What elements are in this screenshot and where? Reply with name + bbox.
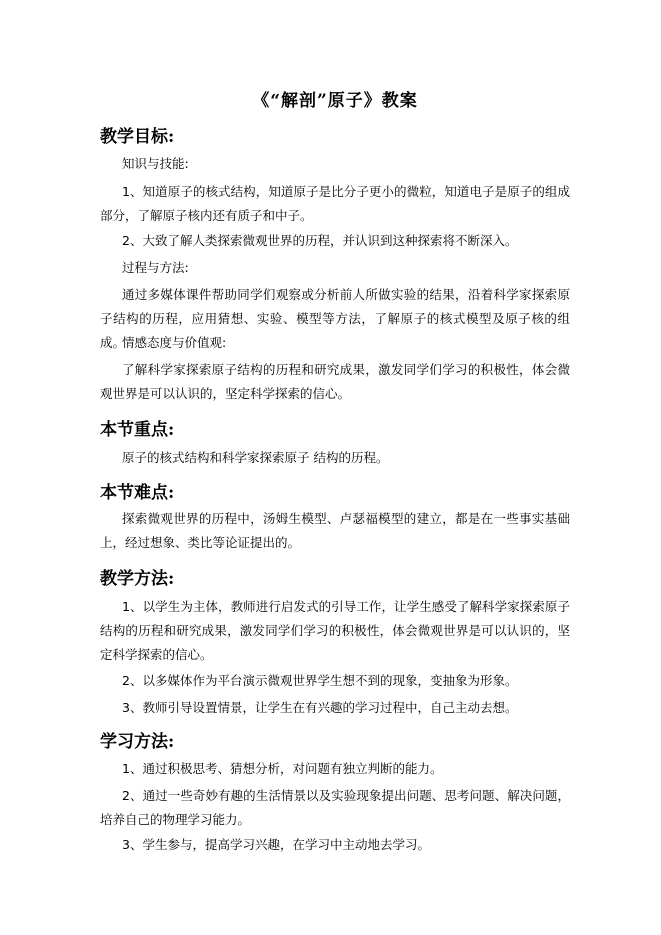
heading-learning-methods: 学习方法: bbox=[100, 727, 174, 752]
paragraph-emotion: 了解科学家探索原子结构的历程和研究成果，激发同学们学习的积极性，体会微观世界是可… bbox=[100, 358, 570, 406]
paragraph-difficulties: 探索微观世界的历程中，汤姆生模型、卢瑟福模型的建立，都是在一些事实基础上，经过想… bbox=[100, 507, 570, 555]
learning-method-3: 3、学生参与，提高学习兴趣，在学习中主动地去学习。 bbox=[100, 833, 570, 857]
heading-teaching-methods: 教学方法: bbox=[100, 564, 174, 589]
label-process: 过程与方法: bbox=[100, 256, 570, 280]
learning-method-2: 2、通过一些奇妙有趣的生活情景以及实验现象提出问题、思考问题、解决问题，培养自己… bbox=[100, 784, 570, 832]
teaching-method-1: 1、以学生为主体，教师进行启发式的引导工作，让学生感受了解科学家探索原子结构的历… bbox=[100, 595, 570, 667]
label-emotion: 情感态度与价值观: bbox=[100, 331, 570, 355]
heading-difficulties: 本节难点: bbox=[100, 478, 174, 503]
paragraph-knowledge-1: 1、知道原子的核式结构，知道原子是比分子更小的微粒，知道电子是原子的组成部分，了… bbox=[100, 180, 570, 228]
paragraph-key-points: 原子的核式结构和科学家探索原子 结构的历程。 bbox=[100, 446, 570, 470]
teaching-method-2: 2、以多媒体作为平台演示微观世界学生想不到的现象，变抽象为形象。 bbox=[100, 669, 570, 693]
teaching-method-3: 3、教师引导设置情景，让学生在有兴趣的学习过程中，自己主动去想。 bbox=[100, 696, 570, 720]
learning-method-1: 1、通过积极思考、猜想分析，对问题有独立判断的能力。 bbox=[100, 757, 570, 781]
heading-objectives: 教学目标: bbox=[100, 122, 174, 147]
heading-key-points: 本节重点: bbox=[100, 415, 174, 440]
paragraph-knowledge-2: 2、大致了解人类探索微观世界的历程，并认识到这种探索将不断深入。 bbox=[100, 229, 570, 253]
label-knowledge: 知识与技能: bbox=[100, 152, 570, 176]
document-title: 《“解剖”原子》教案 bbox=[100, 86, 570, 111]
